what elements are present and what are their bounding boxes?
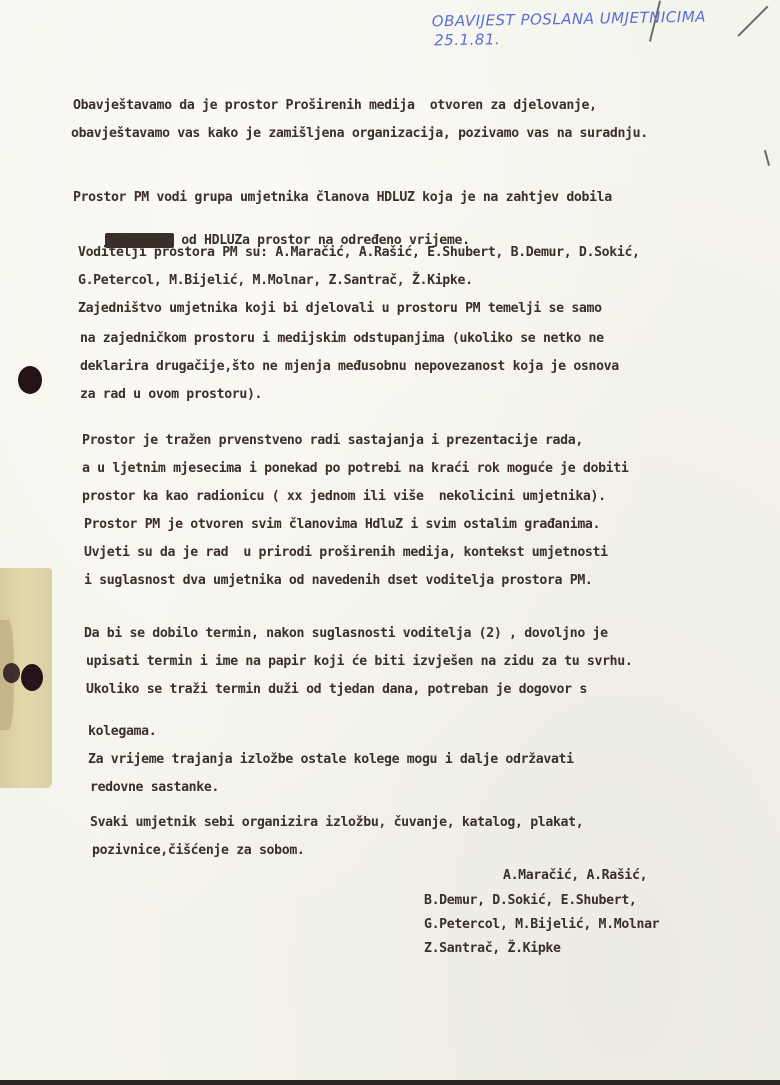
signature-line: A.Maračić, A.Rašić, [503,868,647,883]
body-line: Da bi se dobilo termin, nakon suglasnost… [84,626,608,641]
punch-hole [3,663,20,683]
body-line: deklarira drugačije,što ne mjenja međuso… [80,359,619,374]
body-line: Prostor PM vodi grupa umjetnika članova … [73,190,612,205]
signature-line: G.Petercol, M.Bijelić, M.Molnar [424,917,659,932]
punch-hole [21,664,43,691]
body-line: za rad u ovom prostoru). [80,387,262,402]
body-line: i suglasnost dva umjetnika od navedenih … [84,573,593,588]
scan-border [0,1080,780,1085]
pencil-mark [764,150,770,166]
body-line: Za vrijeme trajanja izložbe ostale koleg… [88,752,574,767]
body-line: Svaki umjetnik sebi organizira izložbu, … [90,815,583,830]
body-line: pozivnice,čišćenje za sobom. [92,843,305,858]
document-page: OBAVIJEST POSLANA UMJETNICIMA 25.1.81. O… [0,0,780,1080]
handwritten-note-date: 25.1.81. [432,27,706,51]
handwritten-note: OBAVIJEST POSLANA UMJETNICIMA 25.1.81. [432,8,707,51]
body-line: obavještavamo vas kako je zamišljena org… [71,126,648,141]
body-line: a u ljetnim mjesecima i ponekad po potre… [82,461,628,476]
body-line: na zajedničkom prostoru i medijskim odst… [80,331,604,346]
body-line: prostor ka kao radionicu ( xx jednom ili… [82,489,606,504]
body-line: Ukoliko se traži termin duži od tjedan d… [86,682,587,697]
signature-line: Z.Santrač, Ž.Kipke [424,941,561,956]
body-line: Prostor je tražen prvenstveno radi sasta… [82,433,583,448]
body-line: Prostor PM je otvoren svim članovima Hdl… [84,517,600,532]
signature-line: B.Demur, D.Sokić, E.Shubert, [424,893,637,908]
body-line: Obavještavamo da je prostor Proširenih m… [73,98,597,113]
body-line: Voditelji prostora PM su: A.Maračić, A.R… [78,245,640,260]
body-line: upisati termin i ime na papir koji će bi… [86,654,632,669]
punch-hole [18,366,42,394]
body-line: Zajedništvo umjetnika koji bi djelovali … [78,301,602,316]
body-line: kolegama. [88,724,156,739]
body-line: Uvjeti su da je rad u prirodi proširenih… [84,545,608,560]
body-line: G.Petercol, M.Bijelić, M.Molnar, Z.Santr… [78,273,473,288]
pencil-mark [737,6,768,37]
body-line: redovne sastanke. [90,780,219,795]
